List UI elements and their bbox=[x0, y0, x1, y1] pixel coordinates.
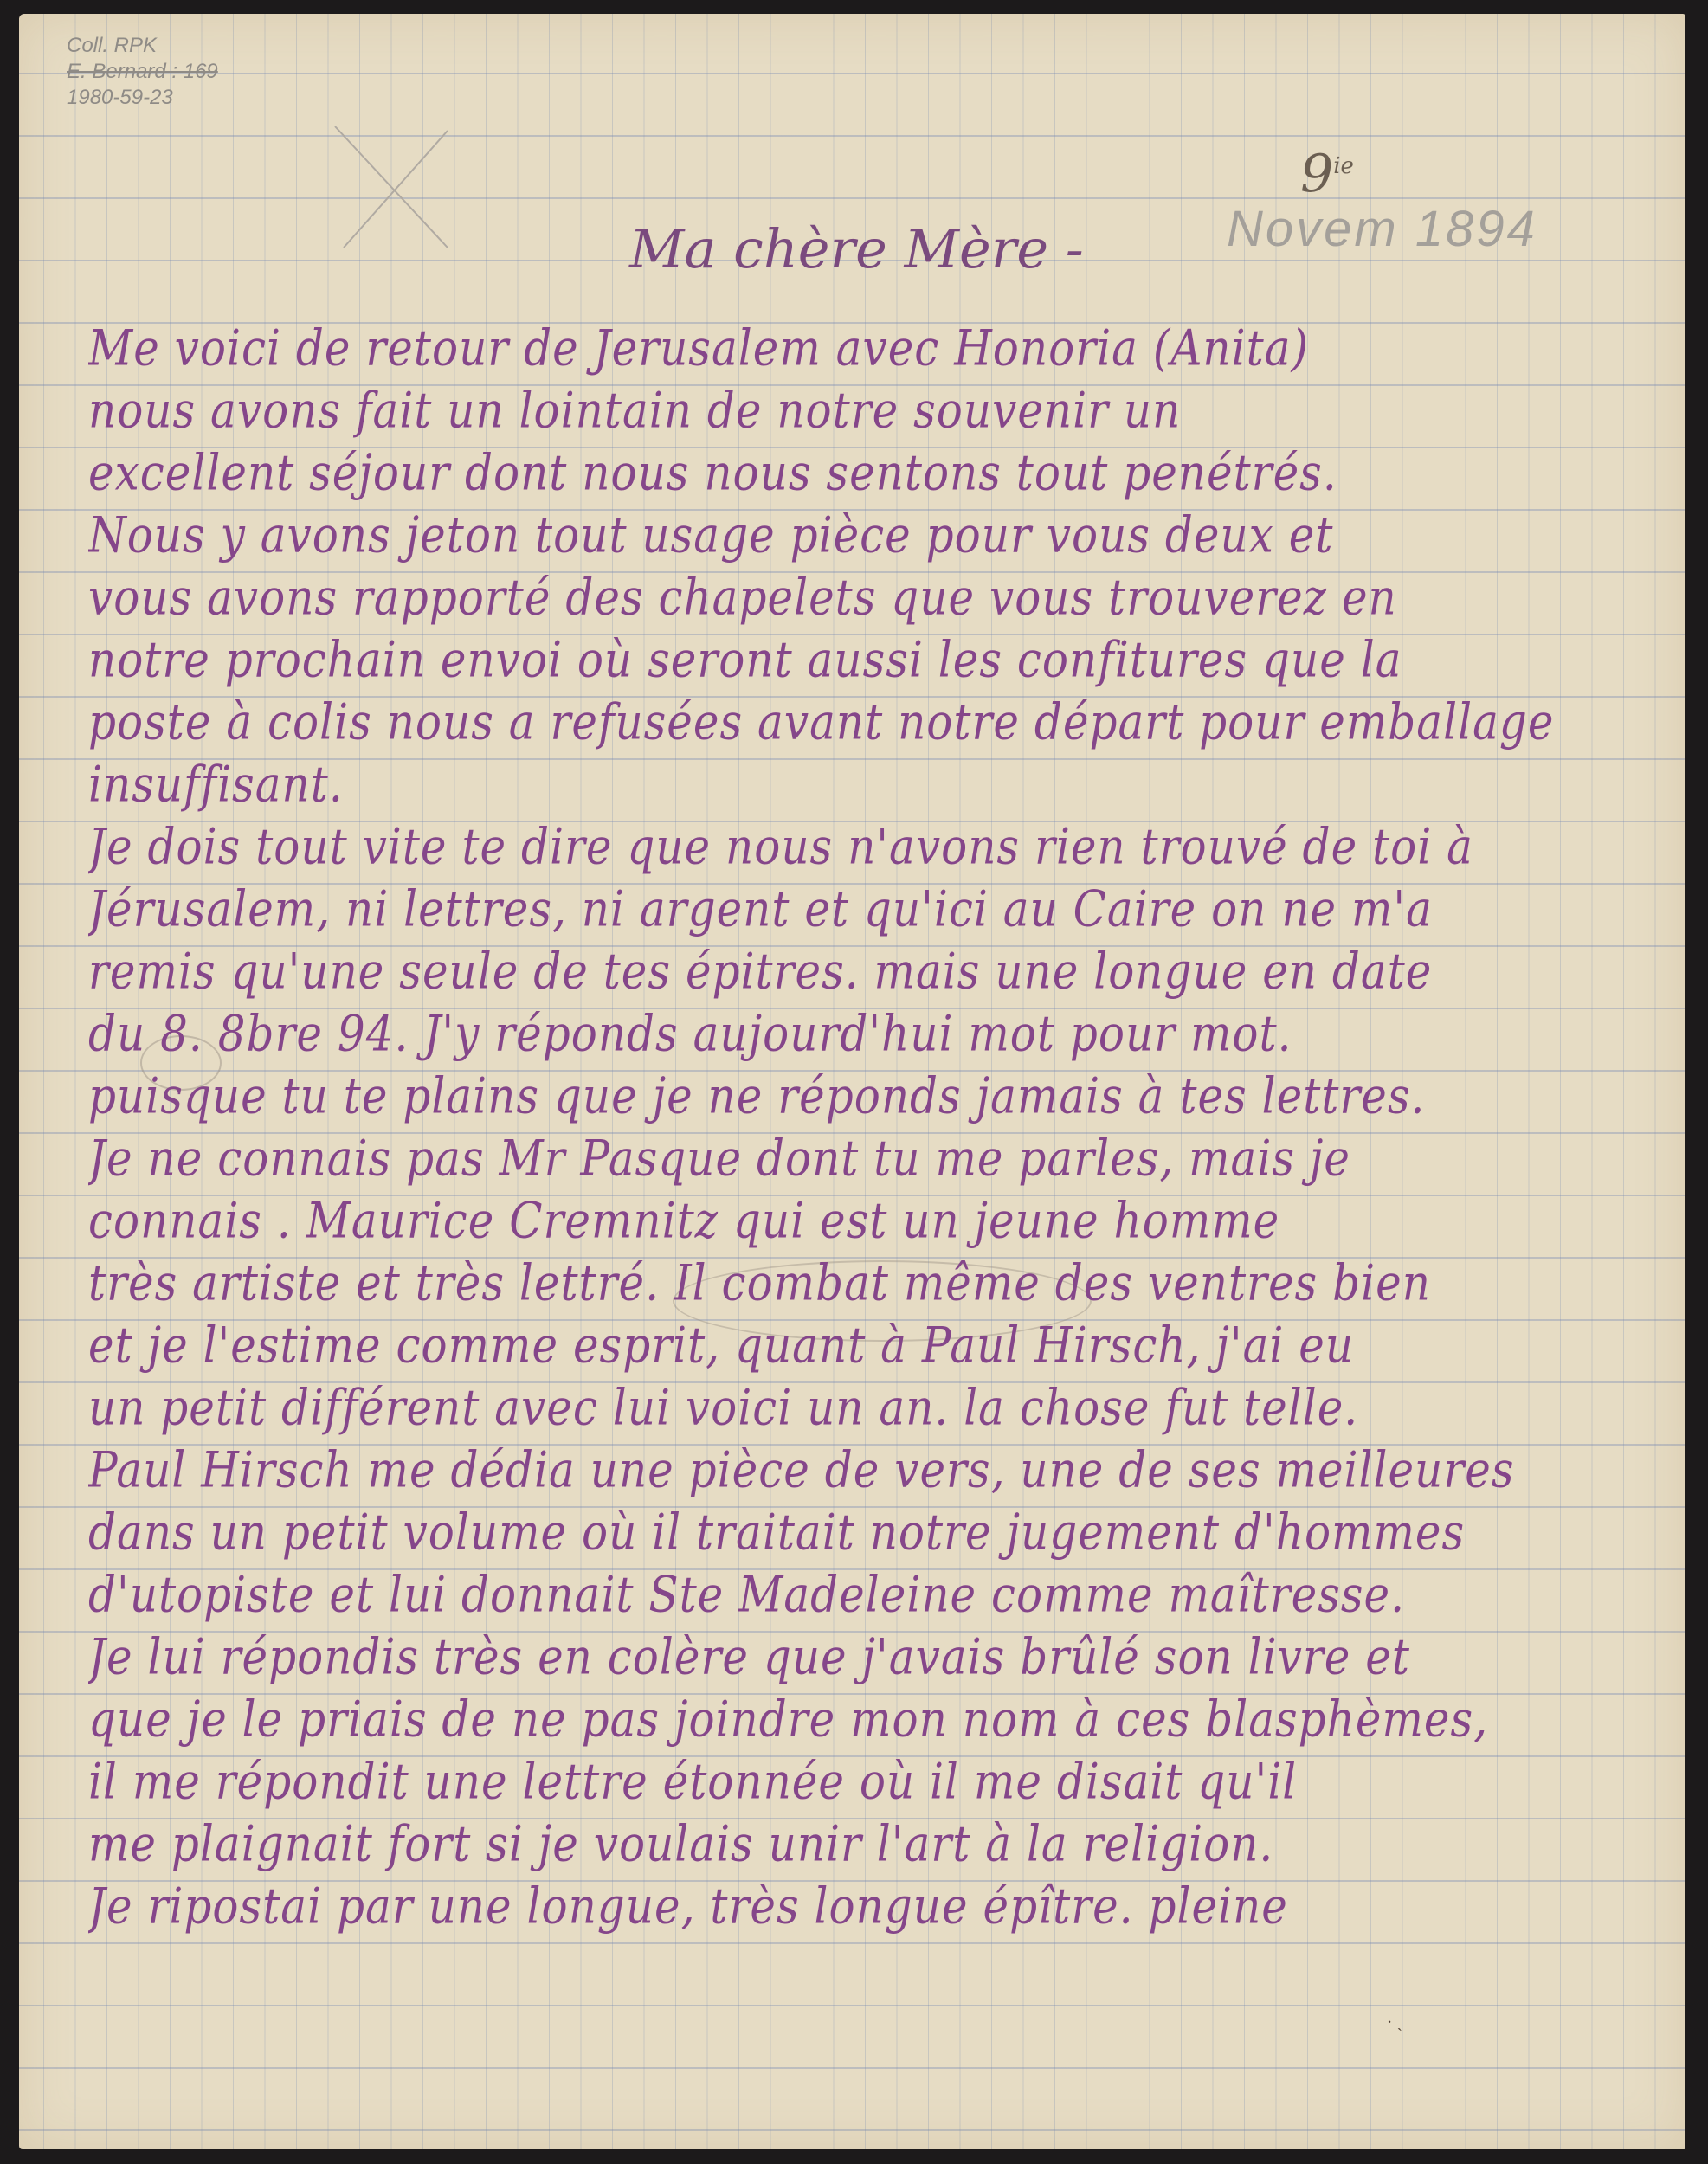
letter-line: très artiste et très lettré. Il combat m… bbox=[88, 1247, 1664, 1319]
folio-number: 9 bbox=[1300, 144, 1333, 204]
letter-line: Je ripostai par une longue, très longue … bbox=[88, 1871, 1664, 1942]
pencil-date: Novem 1894 bbox=[1227, 200, 1537, 258]
folio-suffix: ie bbox=[1333, 153, 1354, 179]
letter-line: d'utopiste et lui donnait Ste Madeleine … bbox=[88, 1559, 1664, 1631]
letter-line: Paul Hirsch me dédia une pièce de vers, … bbox=[88, 1434, 1664, 1506]
letter-line: excellent séjour dont nous nous sentons … bbox=[88, 437, 1664, 509]
letter-line: Nous y avons jeton tout usage pièce pour… bbox=[88, 499, 1664, 571]
letter-line: Jérusalem, ni lettres, ni argent et qu'i… bbox=[88, 873, 1664, 945]
letter-line: poste à colis nous a refusées avant notr… bbox=[88, 686, 1664, 758]
archive-catalog-note: Coll. RPK E. Bernard : 169 1980-59-23 bbox=[67, 33, 218, 111]
letter-body: Me voici de retour de Jerusalem avec Hon… bbox=[88, 317, 1664, 1937]
archive-reference: E. Bernard : 169 bbox=[67, 59, 218, 85]
page-folio: 9ie bbox=[1300, 144, 1354, 204]
letter-line: dans un petit volume où il traitait notr… bbox=[88, 1497, 1664, 1568]
letter-line: insuffisant. bbox=[88, 749, 1664, 821]
letter-line: connais . Maurice Cremnitz qui est un je… bbox=[88, 1185, 1664, 1257]
letter-line: Me voici de retour de Jerusalem avec Hon… bbox=[88, 312, 1664, 384]
letter-line: Je dois tout vite te dire que nous n'avo… bbox=[88, 811, 1664, 883]
letter-line: vous avons rapporté des chapelets que vo… bbox=[88, 562, 1664, 634]
letter-line: que je le priais de ne pas joindre mon n… bbox=[88, 1684, 1664, 1755]
archive-collection: Coll. RPK bbox=[67, 33, 218, 59]
salutation: Ma chère Mère - bbox=[629, 217, 1084, 280]
ink-specks: ⋅ ˏ bbox=[1387, 2013, 1402, 2032]
letter-page: Coll. RPK E. Bernard : 169 1980-59-23 9i… bbox=[19, 14, 1685, 2149]
letter-line: Je lui répondis très en colère que j'ava… bbox=[88, 1621, 1664, 1693]
letter-line: un petit différent avec lui voici un an.… bbox=[88, 1372, 1664, 1444]
letter-line: et je l'estime comme esprit, quant à Pau… bbox=[88, 1310, 1664, 1381]
letter-line: du 8. 8bre 94. J'y réponds aujourd'hui m… bbox=[88, 998, 1664, 1070]
letter-line: nous avons fait un lointain de notre sou… bbox=[88, 375, 1664, 447]
letter-line: remis qu'une seule de tes épitres. mais … bbox=[88, 936, 1664, 1008]
letter-line: puisque tu te plains que je ne réponds j… bbox=[88, 1060, 1664, 1132]
letter-line: notre prochain envoi où seront aussi les… bbox=[88, 624, 1664, 696]
archive-inventory-number: 1980-59-23 bbox=[67, 85, 218, 111]
pencil-cross-mark-icon bbox=[326, 118, 456, 256]
letter-line: il me répondit une lettre étonnée où il … bbox=[88, 1746, 1664, 1818]
letter-line: me plaignait fort si je voulais unir l'a… bbox=[88, 1808, 1664, 1880]
letter-line: Je ne connais pas Mr Pasque dont tu me p… bbox=[88, 1123, 1664, 1195]
